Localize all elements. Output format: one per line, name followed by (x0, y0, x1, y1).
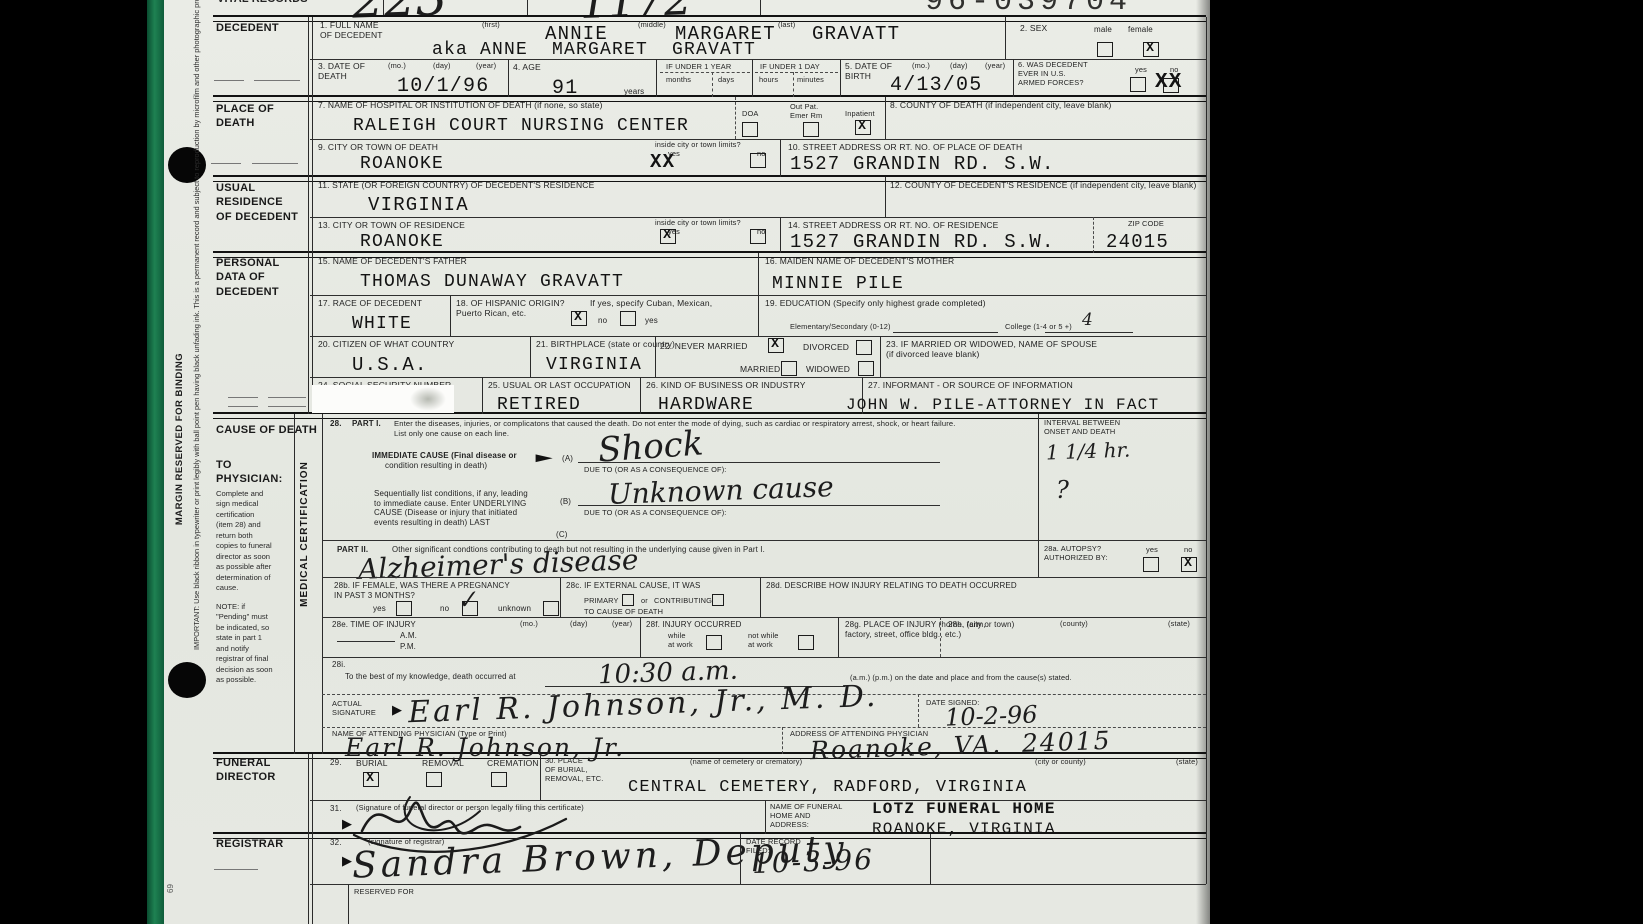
option-doa: DOA (742, 110, 758, 119)
value-date-filed: 10-3-96 (752, 846, 875, 878)
margin-important-note: IMPORTANT: Use black ribbon in typewrite… (191, 230, 202, 650)
hint-state: (state) (1168, 620, 1190, 629)
fill-line (268, 406, 306, 407)
grid-line (758, 295, 759, 336)
field-hospital-label: 7. NAME OF HOSPITAL OR INSTITUTION OF DE… (318, 100, 603, 110)
row-rule (310, 139, 1206, 140)
field-street-of-death-label: 10. STREET ADDRESS OR RT. NO. OF PLACE O… (788, 142, 1022, 152)
form-left-rule (308, 754, 309, 924)
form-left-rule (322, 414, 323, 754)
interval-label: INTERVAL BETWEEN ONSET AND DEATH (1044, 419, 1120, 437)
hint-day: (day) (570, 620, 588, 629)
option-never-married: 22. NEVER MARRIED (660, 341, 748, 351)
label-pm: P.M. (400, 642, 416, 652)
option-no: no (1184, 546, 1193, 555)
value-zip: 24015 (1106, 233, 1169, 252)
value-hospital: RALEIGH COURT NURSING CENTER (353, 117, 689, 135)
checkbox-hispanic-yes (620, 311, 636, 326)
option-yes: yes (645, 316, 658, 326)
line-c-label: (C) (556, 530, 568, 540)
value-date-of-death: 10/1/96 (397, 77, 489, 97)
option-no: no (598, 316, 607, 326)
row-rule (310, 884, 1206, 885)
checkbox-inpatient: X (855, 120, 871, 135)
grid-line (735, 97, 736, 139)
field-zip-label: ZIP CODE (1128, 220, 1164, 229)
value-street-of-death: 1527 GRANDIN RD. S.W. (790, 155, 1055, 174)
grid-line (508, 59, 509, 97)
value-father: THOMAS DUNAWAY GRAVATT (360, 273, 624, 291)
part1-heading: PART I. (352, 419, 381, 429)
mark-limits-yes: XX (650, 153, 675, 172)
option-cremation: CREMATION (487, 758, 539, 768)
field-residence-county-label: 12. COUNTY OF DECEDENT'S RESIDENCE (if i… (890, 180, 1196, 190)
grid-line (885, 177, 886, 217)
grid-line (450, 295, 451, 336)
value-birthplace: VIRGINIA (546, 356, 642, 374)
value-interval-a: 1 1/4 hr. (1046, 440, 1131, 463)
hint-mo: (mo.) (912, 62, 930, 71)
grid-line (656, 59, 657, 97)
field-citizen-label: 20. CITIZEN OF WHAT COUNTRY (318, 339, 454, 349)
hint-hours: hours (759, 76, 778, 85)
grid-line (530, 336, 531, 377)
field-armed-forces-label: 6. WAS DECEDENT EVER IN U.S. ARMED FORCE… (1018, 61, 1088, 88)
field-occupation-label: 25. USUAL OR LAST OCCUPATION (488, 380, 631, 390)
form-left-rule (312, 754, 313, 924)
grid-line (885, 97, 886, 139)
fill-line (254, 80, 300, 81)
grid-line (782, 727, 783, 754)
field-hispanic-label: 18. OF HISPANIC ORIGIN? Puerto Rican, et… (456, 298, 565, 318)
field-spouse-label: 23. IF MARRIED OR WIDOWED, NAME OF SPOUS… (886, 339, 1097, 359)
grid-line (880, 336, 881, 377)
physician-instructions: Complete and sign medical certification … (216, 489, 272, 594)
value-aka-name: aka ANNE MARGARET GRAVATT (432, 41, 756, 59)
grid-line (1005, 17, 1006, 59)
hint-year: (year) (985, 62, 1005, 71)
row-rule (322, 577, 1206, 578)
field-age-label: 4. AGE (513, 62, 541, 72)
field-28i-number: 28i. (332, 660, 346, 670)
row-rule (310, 336, 1206, 337)
checkbox-widowed (858, 361, 874, 376)
field-under-1-day: IF UNDER 1 DAY (760, 63, 820, 72)
actual-signature-label: ACTUAL SIGNATURE (332, 700, 376, 718)
option-yes: yes (1135, 66, 1147, 75)
grid-line (1013, 59, 1014, 97)
option-primary: PRIMARY (584, 597, 619, 606)
hint-college: College (1-4 or 5 +) (1005, 323, 1072, 332)
grid-line (660, 72, 750, 73)
pointer-icon: ▶ (392, 703, 402, 716)
fill-line (1045, 332, 1133, 333)
checkbox-divorced (856, 340, 872, 355)
grid-line (482, 377, 483, 414)
line-b-label: (B) (560, 497, 571, 507)
sequential-instructions: Sequentially list conditions, if any, le… (374, 489, 528, 527)
value-mother: MINNIE PILE (772, 275, 904, 293)
value-funeral-home: LOTZ FUNERAL HOME (872, 801, 1056, 817)
value-date-of-birth: 4/13/05 (890, 76, 982, 96)
field-residence-city-label: 13. CITY OR TOWN OF RESIDENCE (318, 220, 465, 230)
row-rule (322, 617, 1206, 618)
value-citizen: U.S.A. (352, 356, 428, 375)
grid-line (640, 377, 641, 414)
field-under-1-year: IF UNDER 1 YEAR (666, 63, 731, 72)
option-outpatient: Out Pat. Emer Rm (790, 103, 822, 121)
pointer-icon: ▶ (342, 854, 352, 867)
grid-line (918, 694, 919, 727)
hint-elementary: Elementary/Secondary (0-12) (790, 323, 891, 332)
field-date-of-death-label: 3. DATE OF DEATH (318, 61, 365, 81)
field-date-of-birth-label: 5. DATE OF BIRTH (845, 61, 892, 81)
grid-line (755, 72, 838, 73)
grid-line (655, 336, 656, 377)
grid-line (780, 217, 781, 253)
field-28d-label: 28d. DESCRIBE HOW INJURY RELATING TO DEA… (766, 581, 1017, 591)
grid-line (940, 617, 941, 657)
value-last-name: GRAVATT (812, 25, 900, 44)
checkbox-limits-no (750, 153, 766, 168)
option-unknown: unknown (498, 604, 531, 614)
field-residence-state-label: 11. STATE (OR FOREIGN COUNTRY) OF DECEDE… (318, 180, 594, 190)
hint-state: (state) (1176, 758, 1198, 767)
section-registrar: REGISTRAR (216, 837, 283, 851)
field-30-label: 30. PLACE OF BURIAL, REMOVAL, ETC. (545, 757, 603, 784)
value-city-of-death: ROANOKE (360, 155, 444, 173)
mark-pregnancy-no: ✓ (455, 586, 479, 613)
section-to-physician: TO PHYSICIAN: (216, 458, 283, 487)
section-cause-of-death: CAUSE OF DEATH (216, 423, 317, 437)
grid-line (752, 59, 753, 97)
field-mother-label: 16. MAIDEN NAME OF DECEDENT'S MOTHER (765, 256, 954, 266)
checkbox-autopsy-yes (1143, 557, 1159, 572)
grid-line (930, 834, 931, 884)
margin-binding-note: MARGIN RESERVED FOR BINDING (174, 230, 185, 648)
field-county-of-death-label: 8. COUNTY OF DEATH (if independent city,… (890, 100, 1111, 110)
value-residence-street: 1527 GRANDIN RD. S.W. (790, 233, 1055, 252)
field-residence-street-label: 14. STREET ADDRESS OR RT. NO. OF RESIDEN… (788, 220, 999, 230)
hint-months: months (666, 76, 691, 85)
row-rule (322, 540, 1206, 541)
line-a-label: (A) (562, 454, 573, 464)
hint-middle: (middle) (638, 21, 666, 30)
fill-line (893, 332, 998, 333)
fill-line (214, 80, 244, 81)
fill-line (252, 163, 298, 164)
value-underlying-cause: Unknown cause (608, 473, 835, 509)
grid-line (348, 884, 349, 924)
checkbox-not-while-at-work (798, 635, 814, 650)
row-rule (322, 657, 1206, 658)
grid-line (1093, 217, 1094, 253)
option-divorced: DIVORCED (803, 342, 849, 352)
field-31-number: 31. (330, 804, 342, 814)
label-to-cause: TO CAUSE OF DEATH (584, 608, 663, 617)
label-or: or (641, 597, 648, 606)
field-28b-label: 28b. IF FEMALE, WAS THERE A PREGNANCY IN… (334, 581, 510, 600)
due-to-label: DUE TO (OR AS A CONSEQUENCE OF): (584, 509, 727, 518)
grid-line (840, 59, 841, 97)
hint-day: (day) (433, 62, 451, 71)
form-corner-number: 69 (166, 884, 175, 893)
checkbox-res-limits-yes: X (660, 229, 676, 244)
field-full-name-label: 1. FULL NAME OF DECEDENT (320, 20, 383, 40)
option-yes: yes (1146, 546, 1158, 555)
value-funeral-home-city: ROANOKE, VIRGINIA (872, 821, 1056, 837)
hint-county: (county) (1060, 620, 1088, 629)
grid-line (712, 72, 713, 97)
part1-instructions-2: List only one cause on each line. (394, 429, 509, 438)
fill-line (228, 397, 258, 398)
option-while-at-work: while at work (668, 632, 693, 650)
field-race-label: 17. RACE OF DECEDENT (318, 298, 422, 308)
field-29-number: 29. (330, 758, 342, 768)
pending-note: NOTE: if "Pending" must be indicated, so… (216, 602, 273, 686)
checkbox-pregnancy-unknown (543, 601, 559, 616)
medical-certification-bar: MEDICAL CERTIFICATION (299, 416, 310, 652)
binding-green-strip (147, 0, 164, 924)
checkbox-never-married: X (768, 338, 784, 353)
field-28c-label: 28c. IF EXTERNAL CAUSE, IT WAS (566, 581, 700, 591)
checkbox-forces-yes (1130, 77, 1146, 92)
field-32-number: 32. (330, 838, 342, 848)
grid-line (758, 253, 759, 295)
field-28h-label: 28h. (city or town) (948, 620, 1014, 630)
field-28f-label: 28f. INJURY OCCURRED (646, 620, 742, 630)
checkbox-pregnancy-yes (396, 601, 412, 616)
statement-death-occurred-2: (a.m.) (p.m.) on the date and place and … (850, 674, 1072, 683)
checkbox-outpatient (803, 122, 819, 137)
value-date-signed: 10-2-96 (945, 702, 1038, 729)
section-usual-residence: USUAL RESIDENCE OF DECEDENT (216, 181, 298, 224)
grid-line (740, 834, 741, 884)
value-occupation: RETIRED (497, 396, 581, 414)
cause-arrow-icon: ► (530, 451, 558, 464)
grid-line (1038, 414, 1039, 577)
reserved-for-label: RESERVED FOR (354, 888, 414, 897)
checkbox-autopsy-no: X (1181, 557, 1197, 572)
grid-line (838, 617, 839, 657)
autopsy-label: 28a. AUTOPSY? AUTHORIZED BY: (1044, 545, 1108, 563)
funeral-home-label: NAME OF FUNERAL HOME AND ADDRESS: (770, 803, 842, 830)
hint-year: (year) (612, 620, 632, 629)
scanned-death-certificate: MARGIN RESERVED FOR BINDING IMPORTANT: U… (0, 0, 1643, 924)
value-interval-b: ? (1056, 478, 1069, 502)
form-left-rule (294, 414, 295, 754)
fill-line (211, 163, 241, 164)
option-male: male (1094, 25, 1112, 35)
value-cemetery: CENTRAL CEMETERY, RADFORD, VIRGINIA (628, 779, 1027, 796)
mark-forces-no: XX (1155, 72, 1183, 93)
fill-line (214, 869, 258, 870)
hole-punch-bottom (168, 662, 206, 698)
option-yes: yes (373, 604, 386, 614)
value-age: 91 (552, 79, 578, 99)
option-contributing: CONTRIBUTING (654, 597, 712, 606)
checkbox-res-limits-no (750, 229, 766, 244)
form-right-rule (1206, 17, 1207, 884)
checkbox-doa (742, 122, 758, 137)
immediate-cause-label: IMMEDIATE CAUSE (Final disease or (372, 451, 517, 461)
hint-city-or-county: (city or county) (1035, 758, 1086, 767)
value-residence-state: VIRGINIA (368, 196, 469, 215)
field-28e-label: 28e. TIME OF INJURY (332, 620, 416, 630)
field-city-of-death-label: 9. CITY OR TOWN OF DEATH (318, 142, 438, 152)
section-funeral-director: FUNERAL DIRECTOR (216, 756, 276, 785)
ssn-smudge (410, 387, 446, 411)
fill-line (228, 406, 258, 407)
field-father-label: 15. NAME OF DECEDENT'S FATHER (318, 256, 467, 266)
option-removal: REMOVAL (422, 758, 464, 768)
checkbox-contributing (712, 594, 724, 606)
fill-line (268, 397, 306, 398)
label-am: A.M. (400, 631, 417, 641)
grid-line (760, 577, 761, 617)
fill-line (337, 641, 395, 642)
statement-death-occurred: To the best of my knowledge, death occur… (345, 672, 516, 681)
section-place-of-death: PLACE OF DEATH (216, 102, 274, 131)
vital-records-label: VITAL RECORDS (217, 0, 308, 6)
grid-line (560, 577, 561, 617)
hint-years: years (624, 87, 644, 97)
hint-last: (last) (778, 21, 795, 30)
checkbox-sex-female: X (1143, 42, 1159, 57)
hint-days: days (718, 76, 734, 85)
hint-cemetery: (name of cemetery or crematory) (690, 758, 802, 767)
grid-line (765, 800, 766, 834)
row-rule (310, 377, 1206, 378)
section-personal-data: PERSONAL DATA OF DECEDENT (216, 256, 280, 299)
option-no: no (440, 604, 449, 614)
section-decedent: DECEDENT (216, 21, 279, 35)
checkbox-married (781, 361, 797, 376)
option-not-while-at-work: not while at work (748, 632, 779, 650)
checkbox-while-at-work (706, 635, 722, 650)
option-widowed: WIDOWED (806, 364, 850, 374)
hint-minutes: minutes (797, 76, 824, 85)
hint-mo: (mo.) (520, 620, 538, 629)
hint-year: (year) (476, 62, 496, 71)
value-residence-city: ROANOKE (360, 233, 444, 251)
row-rule (310, 217, 1206, 218)
checkbox-primary (622, 594, 634, 606)
hint-hispanic: If yes, specify Cuban, Mexican, (590, 298, 712, 308)
form-left-rule (312, 17, 313, 414)
value-informant: JOHN W. PILE-ATTORNEY IN FACT (846, 397, 1159, 413)
field-informant-label: 27. INFORMANT - OR SOURCE OF INFORMATION (868, 380, 1073, 390)
value-immediate-cause: Shock (597, 426, 704, 467)
hint-mo: (mo.) (388, 62, 406, 71)
immediate-cause-label-2: condition resulting in death) (385, 461, 487, 471)
checkbox-hispanic-no: X (571, 311, 587, 326)
option-burial: BURIAL (356, 758, 388, 768)
field-education-label: 19. EDUCATION (Specify only highest grad… (765, 298, 986, 308)
option-married: MARRIED (740, 364, 780, 374)
hint-day: (day) (950, 62, 968, 71)
grid-line (780, 139, 781, 177)
checkbox-sex-male (1097, 42, 1113, 57)
grid-line (793, 72, 794, 97)
field-industry-label: 26. KIND OF BUSINESS OR INDUSTRY (646, 380, 806, 390)
value-race: WHITE (352, 315, 412, 333)
value-education: 4 (1082, 312, 1093, 329)
hint-first: (first) (482, 21, 500, 30)
form-left-rule (308, 17, 309, 414)
value-industry: HARDWARE (658, 396, 754, 414)
field-28-number: 28. (330, 419, 342, 429)
option-female: female (1128, 25, 1153, 35)
grid-line (640, 617, 641, 657)
field-sex-label: 2. SEX (1020, 23, 1047, 33)
